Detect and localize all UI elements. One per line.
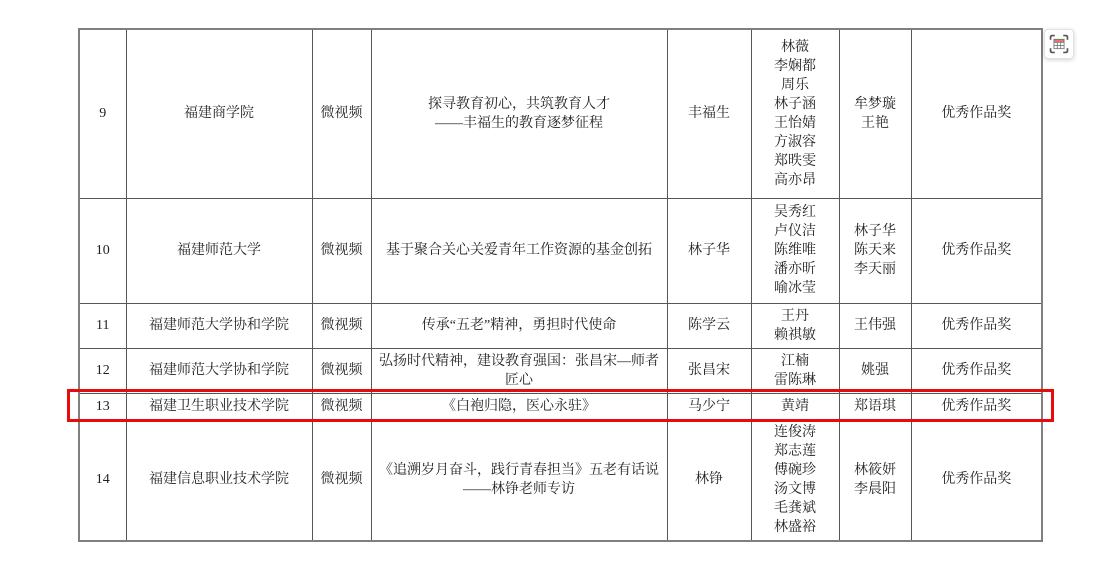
table-row-14: 14 福建信息职业技术学院 微视频 《追溯岁月奋斗，践行青春担当》五老有话说——… <box>79 419 1042 541</box>
table-row-10: 10 福建师范大学 微视频 基于聚合关心关爱青年工作资源的基金创拓 林子华 吴秀… <box>79 198 1042 303</box>
cell-category: 微视频 <box>312 303 371 348</box>
cell-award: 优秀作品奖 <box>911 348 1042 393</box>
capture-table-button[interactable] <box>1044 29 1074 59</box>
cell-author: 丰福生 <box>667 29 751 198</box>
cell-no: 9 <box>79 29 126 198</box>
cell-no: 10 <box>79 198 126 303</box>
cell-advisors: 林子华 陈天来 李天丽 <box>839 198 911 303</box>
cell-no: 11 <box>79 303 126 348</box>
cell-author: 林铮 <box>667 419 751 541</box>
cell-no: 12 <box>79 348 126 393</box>
cell-no: 13 <box>79 393 126 419</box>
cell-title: 传承“五老”精神，勇担时代使命 <box>371 303 667 348</box>
cell-members: 连俊涛 郑志莲 傅碗珍 汤文博 毛龚斌 林盛裕 <box>751 419 839 541</box>
cell-category: 微视频 <box>312 29 371 198</box>
cell-advisors: 姚强 <box>839 348 911 393</box>
cell-school: 福建师范大学协和学院 <box>126 303 312 348</box>
cell-title: 《追溯岁月奋斗，践行青春担当》五老有话说——林铮老师专访 <box>371 419 667 541</box>
cell-members: 吴秀红 卢仪洁 陈维唯 潘亦昕 喻冰莹 <box>751 198 839 303</box>
cell-members: 王丹 赖祺敏 <box>751 303 839 348</box>
cell-award: 优秀作品奖 <box>911 29 1042 198</box>
cell-members: 黄靖 <box>751 393 839 419</box>
table-row-13: 13 福建卫生职业技术学院 微视频 《白袍归隐，医心永驻》 马少宁 黄靖 郑语琪… <box>79 393 1042 419</box>
cell-no: 14 <box>79 419 126 541</box>
cell-school: 福建师范大学 <box>126 198 312 303</box>
table-row-9: 9 福建商学院 微视频 探寻教育初心，共筑教育人才 ——丰福生的教育逐梦征程 丰… <box>79 29 1042 198</box>
cell-category: 微视频 <box>312 198 371 303</box>
cell-school: 福建卫生职业技术学院 <box>126 393 312 419</box>
cell-award: 优秀作品奖 <box>911 303 1042 348</box>
cell-school: 福建信息职业技术学院 <box>126 419 312 541</box>
cell-members: 林薇 李娴都 周乐 林子涵 王怡婧 方淑容 郑昳雯 高亦昂 <box>751 29 839 198</box>
cell-author: 陈学云 <box>667 303 751 348</box>
cell-title: 《白袍归隐，医心永驻》 <box>371 393 667 419</box>
table-row-12: 12 福建师范大学协和学院 微视频 弘扬时代精神，建设教育强国：张昌宋—师者匠心… <box>79 348 1042 393</box>
cell-category: 微视频 <box>312 419 371 541</box>
cell-members: 江楠 雷陈琳 <box>751 348 839 393</box>
cell-advisors: 林筱妍 李晨阳 <box>839 419 911 541</box>
cell-title: 探寻教育初心，共筑教育人才 ——丰福生的教育逐梦征程 <box>371 29 667 198</box>
table-row-11: 11 福建师范大学协和学院 微视频 传承“五老”精神，勇担时代使命 陈学云 王丹… <box>79 303 1042 348</box>
cell-title: 基于聚合关心关爱青年工作资源的基金创拓 <box>371 198 667 303</box>
cell-category: 微视频 <box>312 348 371 393</box>
table-capture-icon <box>1048 33 1070 55</box>
cell-advisors: 牟梦璇 王艳 <box>839 29 911 198</box>
cell-award: 优秀作品奖 <box>911 393 1042 419</box>
cell-advisors: 王伟强 <box>839 303 911 348</box>
cell-category: 微视频 <box>312 393 371 419</box>
cell-award: 优秀作品奖 <box>911 419 1042 541</box>
cell-award: 优秀作品奖 <box>911 198 1042 303</box>
cell-school: 福建师范大学协和学院 <box>126 348 312 393</box>
cell-author: 张昌宋 <box>667 348 751 393</box>
cell-author: 马少宁 <box>667 393 751 419</box>
cell-title: 弘扬时代精神，建设教育强国：张昌宋—师者匠心 <box>371 348 667 393</box>
cell-author: 林子华 <box>667 198 751 303</box>
cell-advisors: 郑语琪 <box>839 393 911 419</box>
award-results-table: 9 福建商学院 微视频 探寻教育初心，共筑教育人才 ——丰福生的教育逐梦征程 丰… <box>78 28 1043 542</box>
cell-school: 福建商学院 <box>126 29 312 198</box>
